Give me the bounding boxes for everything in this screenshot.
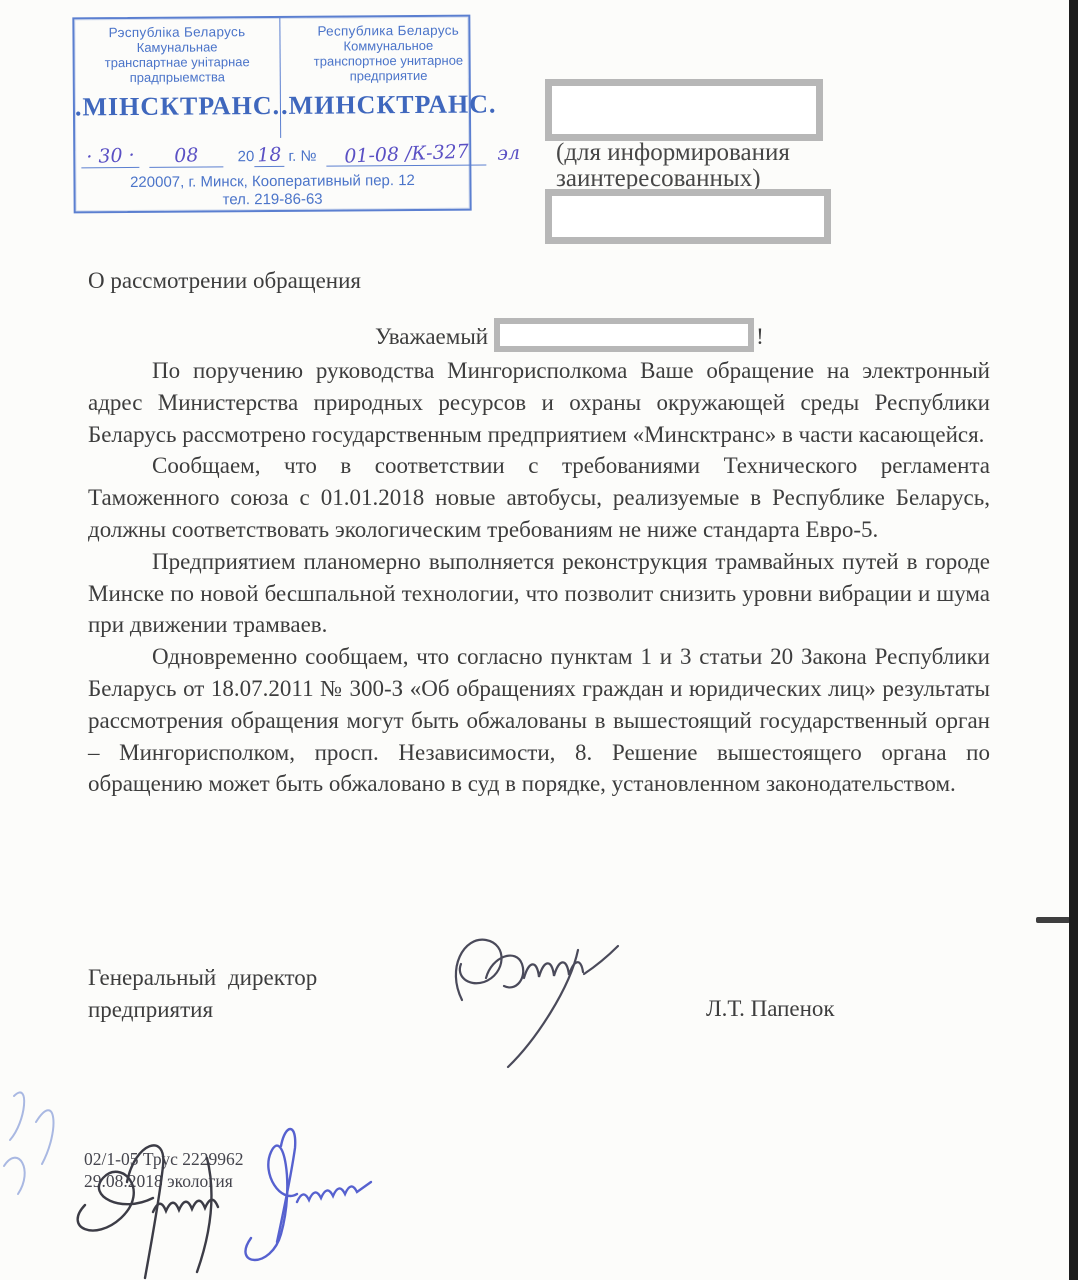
stamp-column-russian: Республика Беларусь Коммунальное транспо… — [281, 16, 497, 138]
stamp-date-line: · 30 · 08 2018 г. № 01-08 /К-327 эл — [81, 142, 541, 168]
stamp-number-prefix: г. № — [288, 148, 316, 165]
recipient-note-line1: (для информирования — [556, 140, 876, 166]
stamp-month-handwritten: 08 — [174, 144, 199, 167]
stamp-address: 220007, г. Минск, Кооперативный пер. 12 — [75, 172, 469, 192]
paragraph-4: Одновременно сообщаем, что согласно пунк… — [88, 641, 990, 800]
salutation-prefix: Уважаемый — [375, 324, 488, 349]
salutation-line: Уважаемый! — [375, 318, 764, 352]
stamp-number-handwritten: 01-08 /К-327 — [344, 140, 469, 167]
stamp-org-line: транспортное унитарное — [281, 52, 496, 69]
signer-title-line2: предприятия — [88, 994, 317, 1026]
stamp-org-name-by: .МІНСКТРАНС. — [75, 91, 280, 122]
stamp-year-prefix: 20 — [238, 148, 255, 165]
stamp-columns: Рэспубліка Беларусь Камунальнае транспар… — [74, 17, 469, 140]
stamp-country-ru: Республика Беларусь — [281, 22, 496, 39]
paragraph-3: Предприятием планомерно выполняется реко… — [88, 546, 990, 641]
paragraph-2: Сообщаем, что в соответствии с требовани… — [88, 450, 990, 545]
org-stamp: Рэспубліка Беларусь Камунальнае транспар… — [72, 15, 471, 214]
stamp-org-line: прадпрыемства — [75, 69, 280, 85]
bottom-signatures — [55, 1110, 415, 1280]
letter-subject: О рассмотрении обращения — [88, 268, 361, 294]
stamp-column-belarusian: Рэспубліка Беларусь Камунальнае транспар… — [74, 18, 281, 139]
director-signature — [428, 922, 668, 1072]
stamp-org-name-ru: .МИНСКТРАНС. — [281, 89, 497, 121]
scanned-letter-page: Рэспубліка Беларусь Камунальнае транспар… — [0, 0, 1078, 1280]
stamp-org-line: Коммунальное — [281, 37, 496, 54]
stamp-number-suffix-handwritten: эл — [496, 142, 520, 165]
blue-ink-signature — [245, 1129, 371, 1260]
stamp-day-handwritten: · 30 · — [86, 144, 135, 168]
redaction-box-address — [545, 189, 831, 244]
letter-body: По поручению руководства Мингорисполкома… — [88, 355, 990, 800]
stamp-phone: тел. 219-86-63 — [76, 190, 470, 210]
signer-title: Генеральный директор предприятия — [88, 962, 317, 1026]
stamp-year-handwritten: 18 — [257, 144, 282, 167]
stamp-number-field: 01-08 /К-327 — [327, 143, 487, 167]
stamp-year-field: 18 — [254, 144, 284, 167]
paragraph-1: По поручению руководства Мингорисполкома… — [88, 355, 990, 450]
stamp-org-line: Камунальнае — [74, 39, 279, 55]
salutation-suffix: ! — [756, 324, 764, 349]
redaction-box-recipient — [545, 79, 823, 141]
stamp-month-field: 08 — [149, 144, 223, 168]
stamp-day-field: · 30 · — [81, 145, 139, 168]
dark-ink-signature — [78, 1145, 218, 1278]
recipient-note: (для информирования заинтересованных) — [556, 140, 876, 192]
signer-title-line1: Генеральный директор — [88, 962, 317, 994]
redaction-box-name — [494, 318, 754, 352]
stamp-org-line: предприятие — [281, 67, 496, 84]
stamp-country-by: Рэспубліка Беларусь — [74, 24, 279, 40]
scan-edge-bar — [1069, 0, 1078, 1280]
signer-name: Л.Т. Папенок — [706, 996, 835, 1022]
stamp-org-line: транспартнае унітарнае — [75, 54, 280, 70]
scan-mark-right — [1036, 917, 1070, 923]
